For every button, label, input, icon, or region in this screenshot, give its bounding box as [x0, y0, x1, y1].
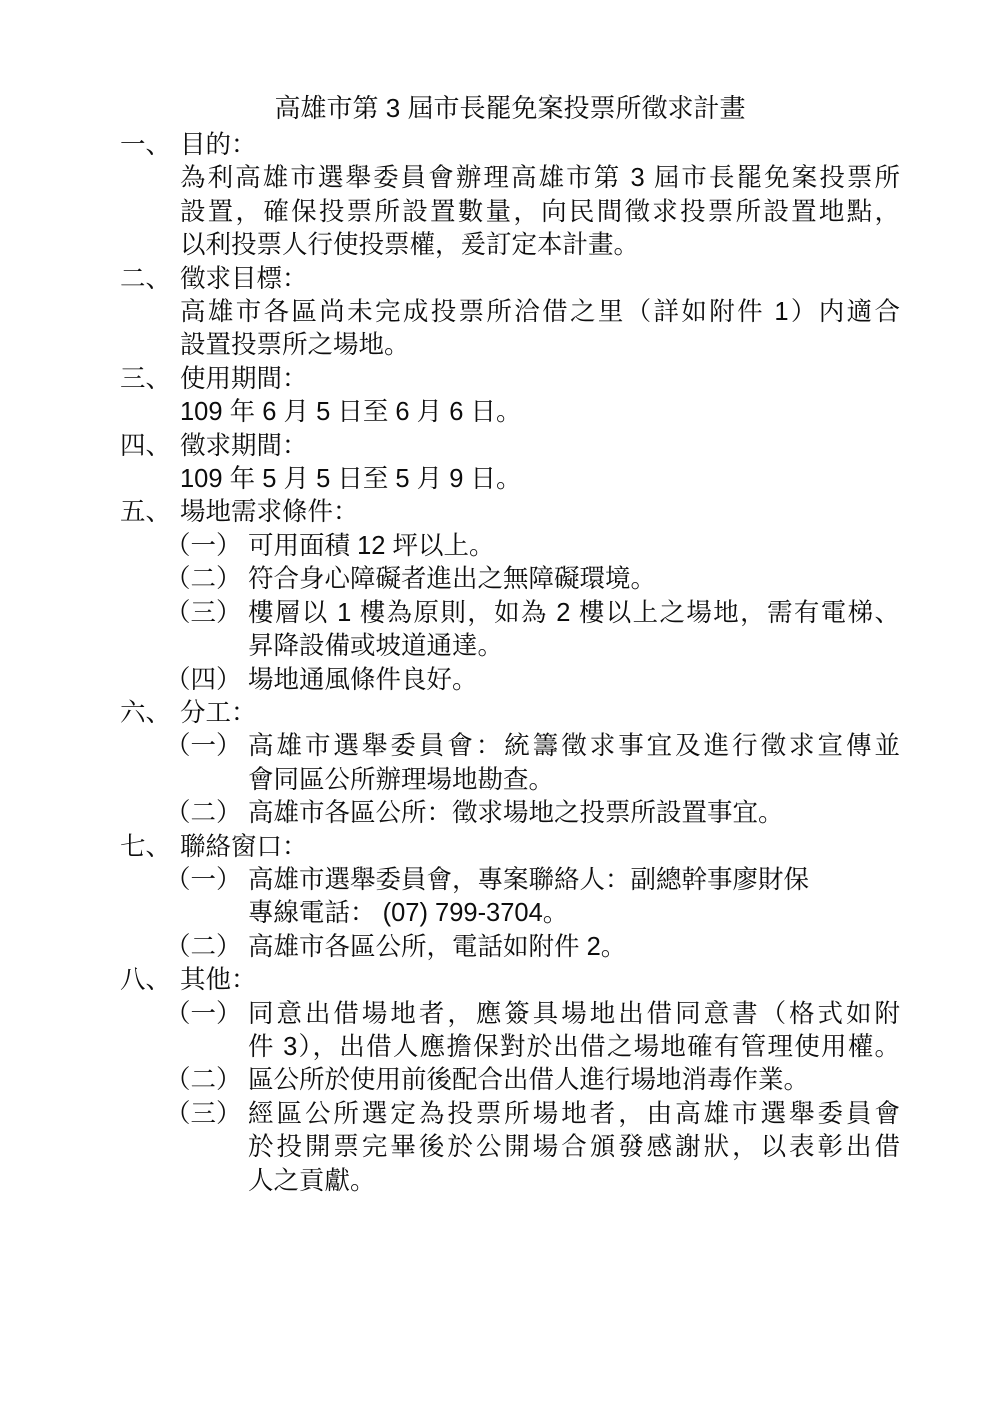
text-line: 昇降設備或坡道通達。	[248, 630, 900, 663]
list-item: （一）高雄市選舉委員會：統籌徵求事宜及進行徵求宣傳並會同區公所辦理場地勘查。	[165, 730, 900, 797]
text-line: 為利高雄市選舉委員會辦理高雄市第 3 屆市長罷免案投票所	[180, 162, 900, 195]
section: 八、其他：（一）同意出借場地者，應簽具場地出借同意書（格式如附件 3），出借人應…	[120, 964, 900, 1198]
list-item: （四）場地通風條件良好。	[165, 664, 900, 697]
list-item-marker: （三）	[165, 1098, 248, 1198]
section-number: 一、	[120, 129, 180, 162]
paragraph: 高雄市各區尚未完成投票所洽借之里（詳如附件 1）内適合設置投票所之場地。	[180, 296, 900, 363]
section-header: 二、徵求目標：	[120, 263, 900, 296]
list-item-marker: （一）	[165, 530, 248, 563]
section-heading: 使用期間：	[180, 363, 308, 396]
list-item-marker: （三）	[165, 597, 248, 664]
list-item-marker: （四）	[165, 664, 248, 697]
text-line: 經區公所選定為投票所場地者，由高雄市選舉委員會	[248, 1098, 900, 1131]
section-header: 三、使用期間：	[120, 363, 900, 396]
list-item-text: 場地通風條件良好。	[248, 664, 900, 697]
list-item: （一）可用面積 12 坪以上。	[165, 530, 900, 563]
section-number: 八、	[120, 964, 180, 997]
list-item-marker: （二）	[165, 563, 248, 596]
section-header: 一、目的：	[120, 129, 900, 162]
list-item-marker: （二）	[165, 797, 248, 830]
text-line: 會同區公所辦理場地勘查。	[248, 764, 900, 797]
text-line: 專線電話： (07) 799-3704。	[248, 897, 900, 930]
section: 五、場地需求條件：（一）可用面積 12 坪以上。（二）符合身心障礙者進出之無障礙…	[120, 496, 900, 696]
section-number: 七、	[120, 831, 180, 864]
list-item: （二）區公所於使用前後配合出借人進行場地消毒作業。	[165, 1064, 900, 1097]
paragraph: 109 年 6 月 5 日至 6 月 6 日。	[180, 396, 900, 429]
sections: 一、目的：為利高雄市選舉委員會辦理高雄市第 3 屆市長罷免案投票所設置，確保投票…	[120, 129, 900, 1198]
list-item-text: 經區公所選定為投票所場地者，由高雄市選舉委員會於投開票完畢後於公開場合頒發感謝狀…	[248, 1098, 900, 1198]
list-item: （三）樓層以 1 樓為原則，如為 2 樓以上之場地，需有電梯、昇降設備或坡道通達…	[165, 597, 900, 664]
section-heading: 場地需求條件：	[180, 496, 359, 529]
text-line: 區公所於使用前後配合出借人進行場地消毒作業。	[248, 1064, 900, 1097]
section-number: 三、	[120, 363, 180, 396]
section-heading: 徵求目標：	[180, 263, 308, 296]
section: 二、徵求目標：高雄市各區尚未完成投票所洽借之里（詳如附件 1）内適合設置投票所之…	[120, 263, 900, 363]
list-item-marker: （一）	[165, 864, 248, 931]
section-heading: 其他：	[180, 964, 257, 997]
list-item-marker: （一）	[165, 730, 248, 797]
section: 六、分工：（一）高雄市選舉委員會：統籌徵求事宜及進行徵求宣傳並會同區公所辦理場地…	[120, 697, 900, 831]
text-line: 場地通風條件良好。	[248, 664, 900, 697]
document-page: 高雄市第 3 屆市長罷免案投票所徵求計畫 一、目的：為利高雄市選舉委員會辦理高雄…	[0, 0, 1000, 1414]
section-number: 二、	[120, 263, 180, 296]
section-header: 六、分工：	[120, 697, 900, 730]
list-item-text: 樓層以 1 樓為原則，如為 2 樓以上之場地，需有電梯、昇降設備或坡道通達。	[248, 597, 900, 664]
list-item-marker: （二）	[165, 1064, 248, 1097]
list-item: （一）同意出借場地者，應簽具場地出借同意書（格式如附件 3），出借人應擔保對於出…	[165, 998, 900, 1065]
text-line: 人之貢獻。	[248, 1165, 900, 1198]
section-number: 六、	[120, 697, 180, 730]
text-line: 高雄市各區尚未完成投票所洽借之里（詳如附件 1）内適合	[180, 296, 900, 329]
section-number: 五、	[120, 496, 180, 529]
text-line: 可用面積 12 坪以上。	[248, 530, 900, 563]
list-item: （二）符合身心障礙者進出之無障礙環境。	[165, 563, 900, 596]
paragraph: 為利高雄市選舉委員會辦理高雄市第 3 屆市長罷免案投票所設置，確保投票所設置數量…	[180, 162, 900, 262]
section-heading: 分工：	[180, 697, 257, 730]
list-item-text: 可用面積 12 坪以上。	[248, 530, 900, 563]
text-line: 高雄市各區公所，電話如附件 2。	[248, 931, 900, 964]
paragraph: 109 年 5 月 5 日至 5 月 9 日。	[180, 463, 900, 496]
section-heading: 聯絡窗口：	[180, 831, 308, 864]
list-item: （二）高雄市各區公所：徵求場地之投票所設置事宜。	[165, 797, 900, 830]
list-item-text: 高雄市各區公所：徵求場地之投票所設置事宜。	[248, 797, 900, 830]
list-item-text: 同意出借場地者，應簽具場地出借同意書（格式如附件 3），出借人應擔保對於出借之場…	[248, 998, 900, 1065]
section-header: 四、徵求期間：	[120, 430, 900, 463]
list-item: （二）高雄市各區公所，電話如附件 2。	[165, 931, 900, 964]
section: 一、目的：為利高雄市選舉委員會辦理高雄市第 3 屆市長罷免案投票所設置，確保投票…	[120, 129, 900, 263]
section-header: 七、聯絡窗口：	[120, 831, 900, 864]
document-title: 高雄市第 3 屆市長罷免案投票所徵求計畫	[120, 88, 900, 129]
text-line: 高雄市各區公所：徵求場地之投票所設置事宜。	[248, 797, 900, 830]
list-item-text: 符合身心障礙者進出之無障礙環境。	[248, 563, 900, 596]
document-content: 高雄市第 3 屆市長罷免案投票所徵求計畫 一、目的：為利高雄市選舉委員會辦理高雄…	[120, 88, 900, 1198]
list-item-marker: （二）	[165, 931, 248, 964]
text-line: 高雄市選舉委員會：統籌徵求事宜及進行徵求宣傳並	[248, 730, 900, 763]
text-line: 設置投票所之場地。	[180, 329, 900, 362]
text-line: 符合身心障礙者進出之無障礙環境。	[248, 563, 900, 596]
text-line: 設置，確保投票所設置數量，向民間徵求投票所設置地點，	[180, 196, 900, 229]
list-item-text: 高雄市選舉委員會，專案聯絡人：副總幹事廖財保專線電話： (07) 799-370…	[248, 864, 900, 931]
section-header: 八、其他：	[120, 964, 900, 997]
section: 四、徵求期間：109 年 5 月 5 日至 5 月 9 日。	[120, 430, 900, 497]
list-item: （三）經區公所選定為投票所場地者，由高雄市選舉委員會於投開票完畢後於公開場合頒發…	[165, 1098, 900, 1198]
text-line: 以利投票人行使投票權，爰訂定本計畫。	[180, 229, 900, 262]
section-number: 四、	[120, 430, 180, 463]
section: 七、聯絡窗口：（一）高雄市選舉委員會，專案聯絡人：副總幹事廖財保專線電話： (0…	[120, 831, 900, 965]
list-item-text: 高雄市選舉委員會：統籌徵求事宜及進行徵求宣傳並會同區公所辦理場地勘查。	[248, 730, 900, 797]
text-line: 109 年 5 月 5 日至 5 月 9 日。	[180, 463, 900, 496]
list-item-marker: （一）	[165, 998, 248, 1065]
list-item-text: 區公所於使用前後配合出借人進行場地消毒作業。	[248, 1064, 900, 1097]
section-header: 五、場地需求條件：	[120, 496, 900, 529]
list-item-text: 高雄市各區公所，電話如附件 2。	[248, 931, 900, 964]
text-line: 於投開票完畢後於公開場合頒發感謝狀，以表彰出借	[248, 1131, 900, 1164]
text-line: 同意出借場地者，應簽具場地出借同意書（格式如附	[248, 998, 900, 1031]
text-line: 件 3），出借人應擔保對於出借之場地確有管理使用權。	[248, 1031, 900, 1064]
text-line: 109 年 6 月 5 日至 6 月 6 日。	[180, 396, 900, 429]
section-heading: 徵求期間：	[180, 430, 308, 463]
section-heading: 目的：	[180, 129, 257, 162]
list-item: （一）高雄市選舉委員會，專案聯絡人：副總幹事廖財保專線電話： (07) 799-…	[165, 864, 900, 931]
text-line: 樓層以 1 樓為原則，如為 2 樓以上之場地，需有電梯、	[248, 597, 900, 630]
section: 三、使用期間：109 年 6 月 5 日至 6 月 6 日。	[120, 363, 900, 430]
text-line: 高雄市選舉委員會，專案聯絡人：副總幹事廖財保	[248, 864, 900, 897]
